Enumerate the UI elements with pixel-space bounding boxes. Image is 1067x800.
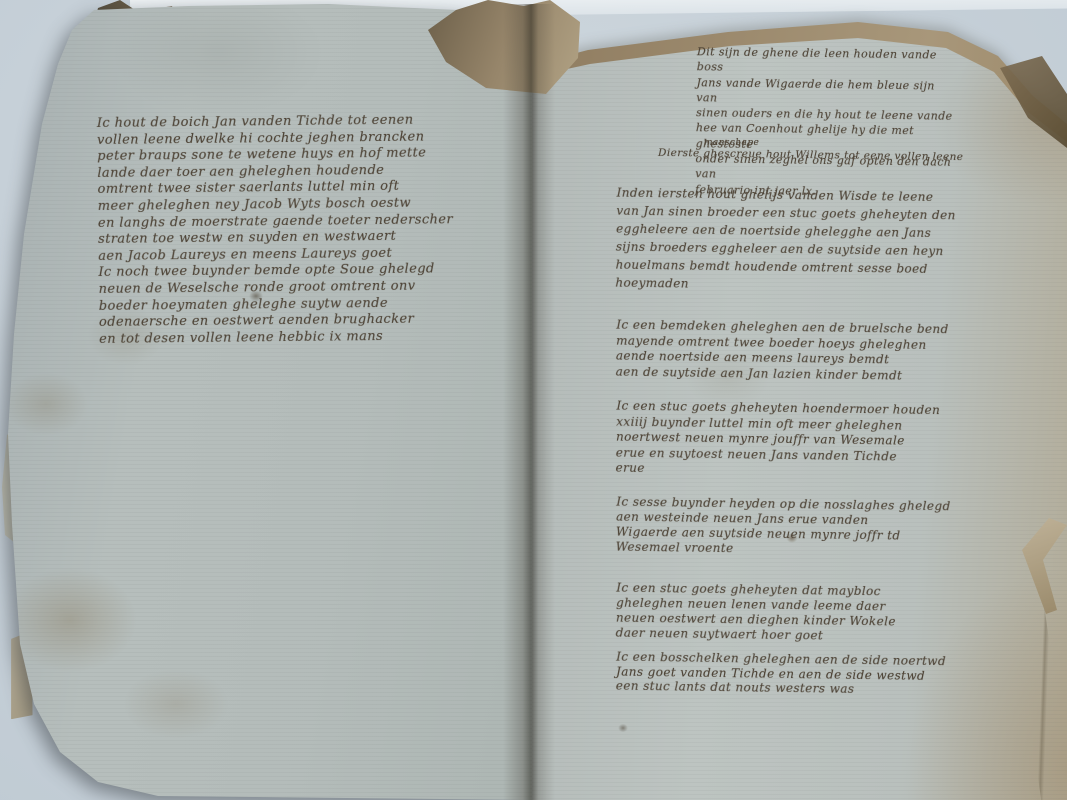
right-page-paragraph-1: Inden iersten hout ghelijs vanden Wisde … (615, 184, 964, 297)
right-page-paragraph-4: Ic sesse buynder heyden op die nosslaghe… (616, 495, 965, 560)
left-page-text: Ic hout de boich Jan vanden Tichde tot e… (97, 112, 471, 348)
right-page-subheading-insertion: manschape (704, 138, 759, 148)
book-gutter-shadow (503, 4, 555, 800)
right-page-paragraph-5: Ic een stuc goets gheheyten dat maybloc … (616, 581, 965, 646)
right-page-header-text: Dit sijn de ghene die leen houden vande … (695, 44, 955, 201)
right-page-paragraph-3: Ic een stuc goets gheheyten hoendermoer … (615, 399, 964, 482)
right-page-paragraph-6: Ic een bosschelken gheleghen aen de side… (616, 650, 965, 698)
right-page-paragraph-2: Ic een bemdeken gheleghen aen de bruelsc… (616, 318, 965, 385)
manuscript-photo-scene: Ic hout de boich Jan vanden Tichde tot e… (0, 0, 1067, 800)
